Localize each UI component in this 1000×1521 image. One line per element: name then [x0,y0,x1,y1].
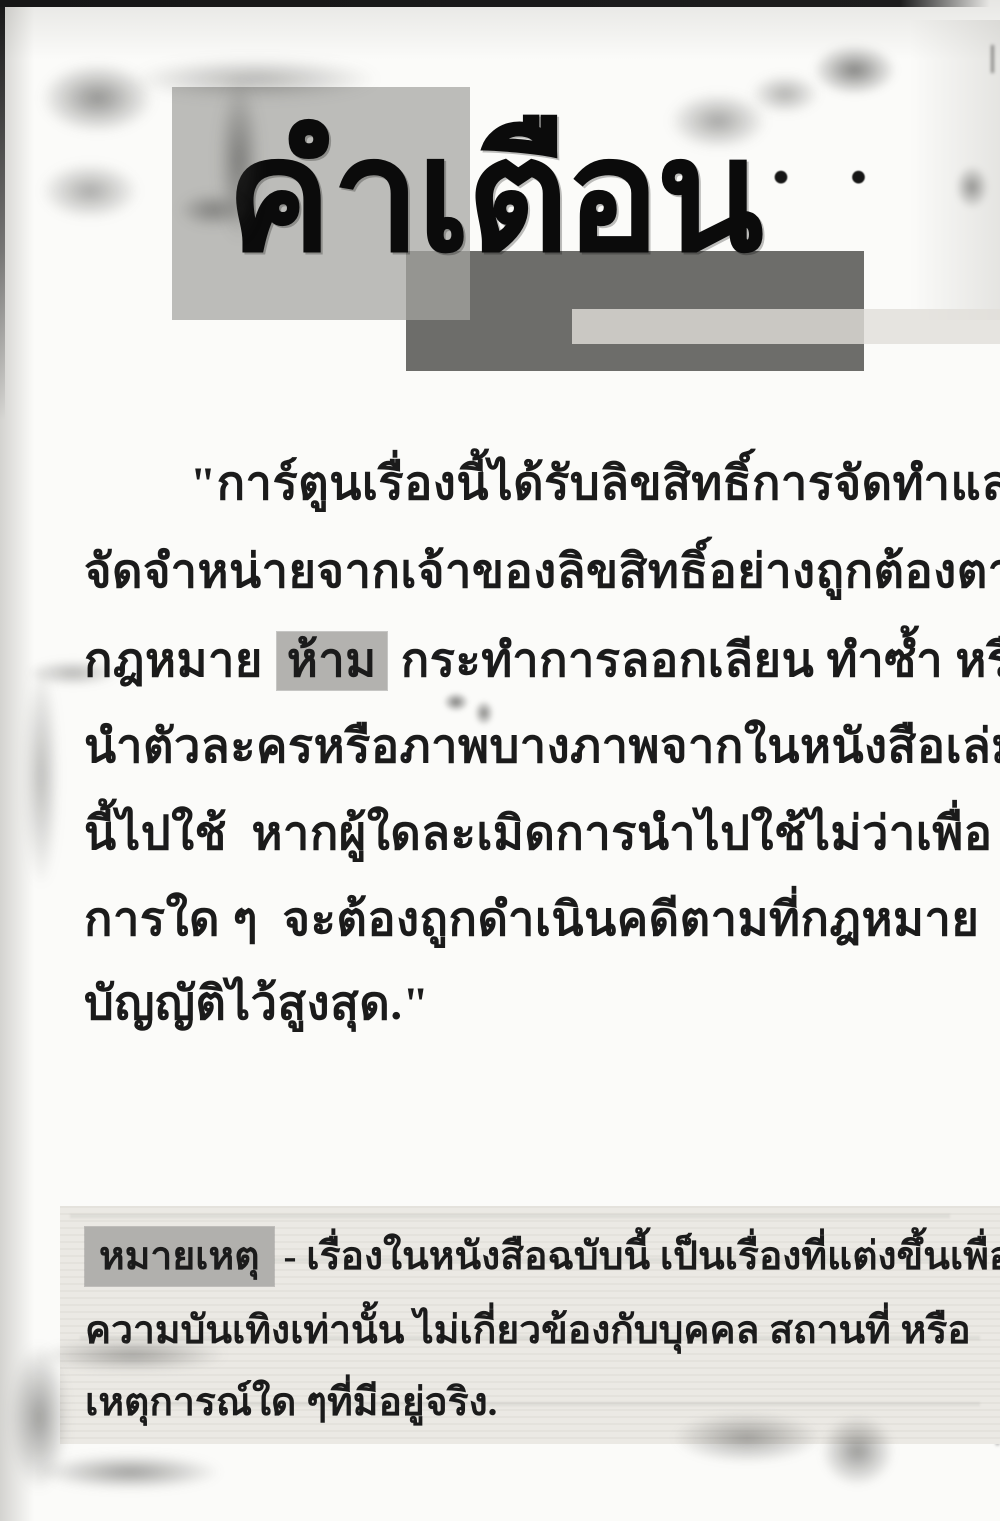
note-line-2: ความบันเทิงเท่านั้น ไม่เกี่ยวข้องกับบุคค… [85,1298,985,1364]
paper-shading-top-right [910,20,1000,320]
warning-line-6: การใด ๆ จะต้องถูกดำเนินคดีตามที่กฎหมาย [84,876,984,964]
scan-edge-right-mark [991,45,994,73]
warning-line-3-pre: กฎหมาย [84,635,263,687]
title-trailing-dots: · · [768,132,888,222]
warning-line-2: จัดจำหน่ายจากเจ้าของลิขสิทธิ์อย่างถูกต้อ… [84,528,984,616]
scanned-warning-page: คำเตือน · · "การ์ตูนเรื่องนี้ได้รับลิขสิ… [0,0,1000,1521]
note-label: หมายเหตุ [85,1227,274,1286]
ink-smudge [40,1455,220,1489]
ink-smudge [40,162,140,220]
warning-line-5: นี้ไปใช้ หากผู้ใดละเมิดการนำไปใช้ไม่ว่าเ… [84,790,984,878]
ink-smudge [40,62,155,134]
scan-edge-top [0,0,1000,7]
warning-line-7: บัญญัติไว้สูงสุด." [84,960,984,1048]
note-line-1: หมายเหตุ- เรื่องในหนังสือฉบับนี้ เป็นเรื… [85,1224,985,1290]
scan-edge-left [0,0,5,420]
warning-line-3-highlight: ห้าม [277,632,387,690]
warning-line-3-post: กระทำการลอกเลียน ทำซ้ำ หรือ [401,635,1000,687]
paper-shading-top [0,0,1000,60]
warning-line-3: กฎหมายห้ามกระทำการลอกเลียน ทำซ้ำ หรือ [84,617,984,705]
band-texture-streak [70,1214,950,1218]
page-title: คำเตือน [226,119,760,277]
warning-line-4: นำตัวละครหรือภาพบางภาพจากในหนังสือเล่ม [84,703,984,791]
page-title-wrap: คำเตือน [168,78,818,318]
note-line-3: เหตุการณ์ใด ๆที่มีอยู่จริง. [85,1370,985,1436]
warning-line-1: "การ์ตูนเรื่องนี้ได้รับลิขสิทธิ์การจัดทำ… [84,440,1000,528]
paper-shading-left [0,0,34,1521]
note-line-1-text: - เรื่องในหนังสือฉบับนี้ เป็นเรื่องที่แต… [284,1235,1000,1278]
